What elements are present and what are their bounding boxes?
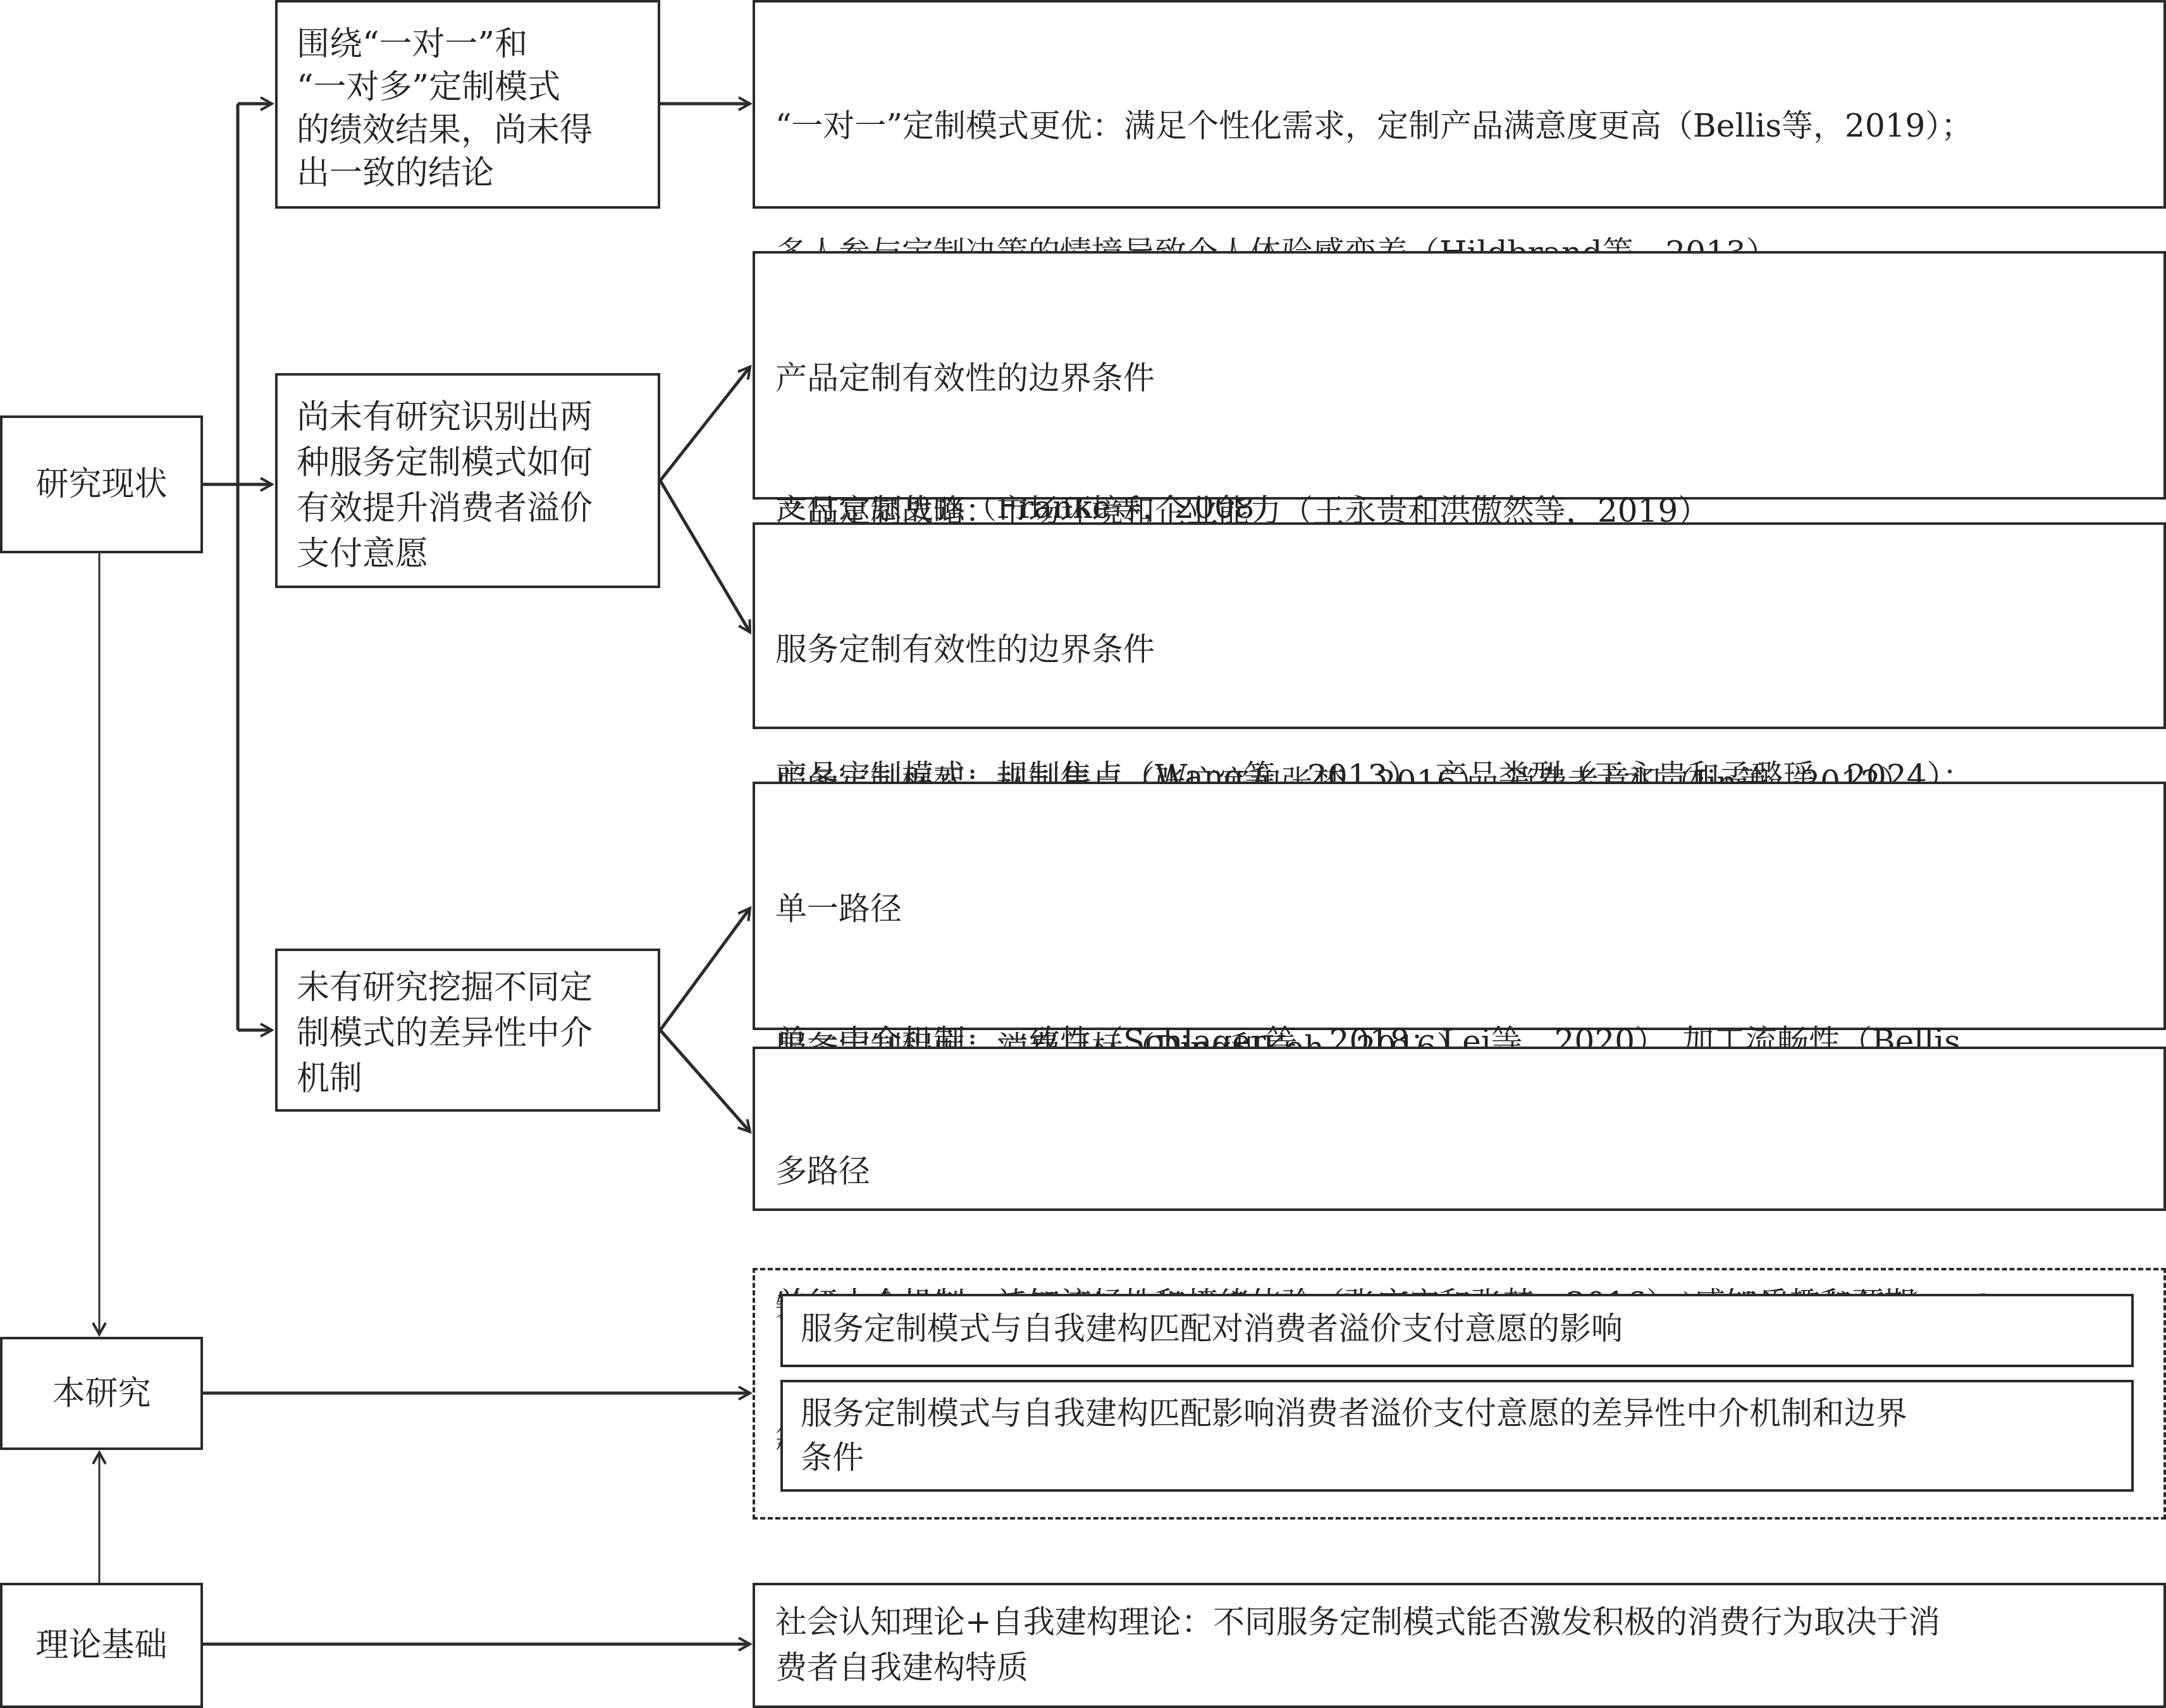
gap-box-mediation: 未有研究挖掘不同定 制模式的差异性中介 机制 [275,949,660,1112]
gap-text-premium: 尚未有研究识别出两 种服务定制模式如何 有效提升消费者溢价 支付意愿 [297,395,593,577]
box-title: 多路径 [775,1149,1915,1193]
gap-text-mediation: 未有研究挖掘不同定 制模式的差异性中介 机制 [297,965,593,1102]
multi-path-box: 多路径 并行中介机制：认知流畅性和情绪体验（张广宇和张梦，2016）、感知乐趣和… [753,1047,2166,1211]
research-status-box: 研究现状 [0,415,203,553]
this-study-box: 本研究 [0,1337,203,1450]
research-status-label: 研究现状 [35,459,167,510]
single-path-box: 单一路径 单一中介机制：一致性（Schlager等，2018；Lei等，2020… [753,782,2166,1030]
gap-box-premium: 尚未有研究识别出两 种服务定制模式如何 有效提升消费者溢价 支付意愿 [275,373,660,588]
study-item-effect-text: 服务定制模式与自我建构匹配对消费者溢价支付意愿的影响 [801,1306,1623,1351]
theory-box: 社会认知理论+自我建构理论：不同服务定制模式能否激发积极的消费行为取决于消 费者… [753,1583,2166,1708]
study-item-mechanism-text: 服务定制模式与自我建构匹配影响消费者溢价支付意愿的差异性中介机制和边界 条件 [801,1391,1907,1480]
study-item-effect: 服务定制模式与自我建构匹配对消费者溢价支付意愿的影响 [780,1294,2134,1367]
gap-box-consistency: 围绕“一对一”和 “一对多”定制模式 的绩效结果，尚未得 出一致的结论 [275,0,660,209]
box-title: 服务定制有效性的边界条件 [775,627,1959,672]
gap-text-consistency: 围绕“一对一”和 “一对多”定制模式 的绩效结果，尚未得 出一致的结论 [297,23,593,195]
product-customization-boundary-box: 产品定制有效性的边界条件 产品定制战略：市场环境和企业能力（王永贵和洪傲然等，2… [753,251,2166,500]
this-study-label: 本研究 [52,1368,151,1419]
theory-basis-label: 理论基础 [35,1620,167,1671]
service-customization-boundary-box: 服务定制有效性的边界条件 服务定制框架：规制焦点（张广宇和张梦，2016）、消费… [753,522,2166,729]
box-title: 单一路径 [775,887,1998,931]
study-item-mechanism: 服务定制模式与自我建构匹配影响消费者溢价支付意愿的差异性中介机制和边界 条件 [780,1380,2134,1492]
theory-text: 社会认知理论+自我建构理论：不同服务定制模式能否激发积极的消费行为取决于消 费者… [775,1599,1940,1690]
theory-basis-box: 理论基础 [0,1583,203,1708]
box-title: 产品定制有效性的边界条件 [775,356,1974,400]
text-line: “一对一”定制模式更优：满足个性化需求，定制产品满意度更高（Bellis等，20… [775,105,1972,147]
findings-box-mode-performance: “一对一”定制模式更优：满足个性化需求，定制产品满意度更高（Bellis等，20… [753,0,2166,209]
